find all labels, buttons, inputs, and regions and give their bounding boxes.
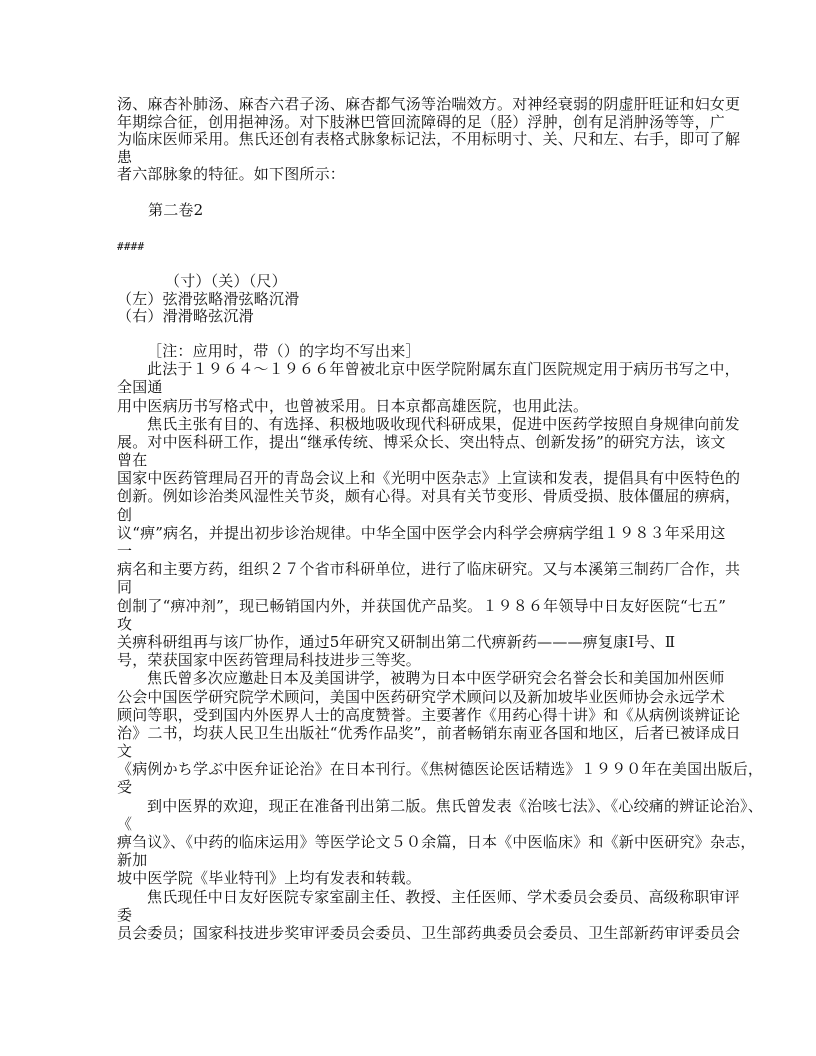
text-line: 《 — [117, 815, 707, 833]
text-line: 痹刍议》、《中药的临床运用》等医学论文５０余篇，日本《中医临床》和《新中医研究》… — [117, 833, 707, 851]
text-line: 《病例かち学ぶ中医弁证论治》在日本刊行。《焦树德医论医话精选》１９９０年在美国出… — [117, 760, 707, 778]
text-line: 议“痹”病名，并提出初步诊治规律。中华全国中医学会内科学会痹病学组１９８３年采用… — [117, 524, 707, 542]
document-page: 汤、麻杏补肺汤、麻杏六君子汤、麻杏都气汤等治喘效方。对神经衰弱的阴虚肝旺证和妇女… — [117, 96, 707, 942]
text-line: 焦氏现任中日友好医院专家室副主任、教授、主任医师、学术委员会委员、高级称职审评 — [117, 888, 707, 906]
text-line: 到中医界的欢迎，现正在准备刊出第二版。焦氏曾发表《治咳七法》、《心绞痛的辨证论治… — [117, 797, 707, 815]
pulse-table-header: （寸）（关）（尺） — [117, 273, 707, 291]
text-line: 焦氏主张有目的、有选择、积极地吸收现代科研成果，促进中医药学按照自身规律向前发 — [117, 415, 707, 433]
intro-paragraph: 汤、麻杏补肺汤、麻杏六君子汤、麻杏都气汤等治喘效方。对神经衰弱的阴虚肝旺证和妇女… — [117, 96, 707, 184]
pulse-table-row-right: （右）滑滑略弦沉滑 — [117, 308, 707, 326]
text-line: 号，荣获国家中医药管理局科技进步三等奖。 — [117, 651, 707, 669]
text-line: 展。对中医科研工作，提出“继承传统、博采众长、突出特点、创新发扬”的研究方法，该… — [117, 433, 707, 451]
text-line: 同 — [117, 578, 707, 596]
text-line: 患 — [117, 149, 707, 167]
pulse-table: （寸）（关）（尺） （左）弦滑弦略滑弦略沉滑 （右）滑滑略弦沉滑 — [117, 273, 707, 326]
text-line: 坡中医学院《毕业特刊》上均有发表和转载。 — [117, 869, 707, 887]
text-line: 关痹科研组再与该厂协作，通过5年研究又研制出第二代痹新药———痹复康Ⅰ号、Ⅱ — [117, 633, 707, 651]
text-line: 国家中医药管理局召开的青岛会议上和《光明中医杂志》上宣读和发表，提倡具有中医特色… — [117, 469, 707, 487]
text-line: 顾问等职，受到国内外医界人士的高度赞誉。主要著作《用药心得十讲》和《从病例谈辨证… — [117, 706, 707, 724]
text-line: 新加 — [117, 851, 707, 869]
text-line: 焦氏曾多次应邀赴日本及美国讲学，被聘为日本中医学研究会名誉会长和美国加州医师 — [117, 669, 707, 687]
text-line: 公会中国医学研究院学术顾问，美国中医药研究学术顾问以及新加坡毕业医师协会永远学术 — [117, 688, 707, 706]
text-line: 委 — [117, 906, 707, 924]
volume-label: 第二卷2 — [117, 202, 707, 220]
text-line: 治》二书，均获人民卫生出版社“优秀作品奖”，前者畅销东南亚各国和地区，后者已被译… — [117, 724, 707, 742]
text-line: 曾在 — [117, 451, 707, 469]
text-line: ［注：应用时，带（）的字均不写出来］ — [117, 342, 707, 360]
text-line: 创新。例如诊治类风湿性关节炎，颇有心得。对具有关节变形、骨质受损、肢体僵屈的痹病… — [117, 487, 707, 505]
text-line: 为临床医师采用。焦氏还创有表格式脉象标记法，不用标明寸、关、尺和左、右手，即可了… — [117, 131, 707, 149]
text-line: 年期综合征，创用挹神汤。对下肢淋巴管回流障碍的足（胫）浮肿，创有足消肿汤等等，广 — [117, 114, 707, 132]
text-line: 全国通 — [117, 378, 707, 396]
text-line: 汤、麻杏补肺汤、麻杏六君子汤、麻杏都气汤等治喘效方。对神经衰弱的阴虚肝旺证和妇女… — [117, 96, 707, 114]
separator: #### — [117, 238, 707, 256]
text-line: 文 — [117, 742, 707, 760]
text-line: 受 — [117, 778, 707, 796]
text-line: 创制了“痹冲剂”，现已畅销国内外，并获国优产品奖。１９８６年领导中日友好医院“七… — [117, 597, 707, 615]
text-line: 一 — [117, 542, 707, 560]
text-line: 创 — [117, 506, 707, 524]
text-line: 者六部脉象的特征。如下图所示： — [117, 166, 707, 184]
text-line: 此法于１９６４～１９６６年曾被北京中医学院附属东直门医院规定用于病历书写之中， — [117, 360, 707, 378]
body-text: ［注：应用时，带（）的字均不写出来］此法于１９６４～１９６６年曾被北京中医学院附… — [117, 342, 707, 942]
pulse-table-row-left: （左）弦滑弦略滑弦略沉滑 — [117, 291, 707, 309]
text-line: 员会委员；国家科技进步奖审评委员会委员、卫生部药典委员会委员、卫生部新药审评委员… — [117, 924, 707, 942]
text-line: 病名和主要方药，组织２７个省市科研单位，进行了临床研究。又与本溪第三制药厂合作，… — [117, 560, 707, 578]
text-line: 用中医病历书写格式中，也曾被采用。日本京都高雄医院，也用此法。 — [117, 397, 707, 415]
text-line: 攻 — [117, 615, 707, 633]
